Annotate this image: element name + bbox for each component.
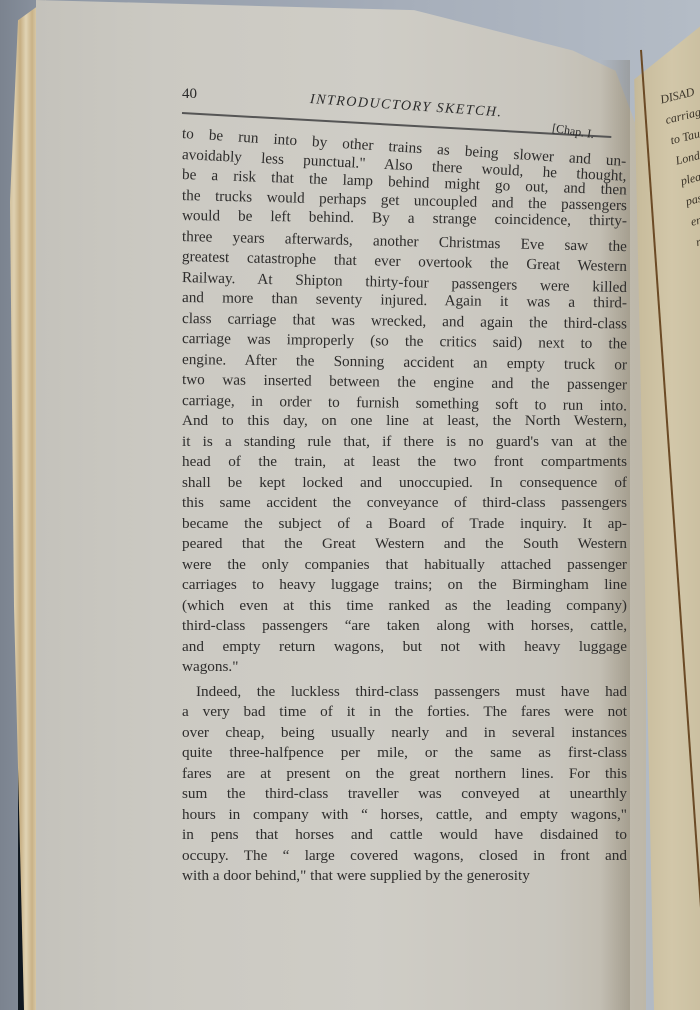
text-line: over cheap, being usually nearly and in …	[182, 723, 627, 744]
page-number: 40	[182, 86, 197, 103]
left-page-text: 40 INTRODUCTORY SKETCH. [Chap. I. to be …	[182, 86, 627, 887]
text-line: shall be kept locked and unoccupied. In …	[182, 473, 627, 494]
text-line: (which even at this time ranked as the l…	[182, 596, 627, 617]
text-line: hours in company with “ horses, cattle, …	[182, 805, 627, 826]
text-line: a very bad time of it in the forties. Th…	[182, 702, 627, 723]
text-line: and empty return wagons, but not with he…	[182, 637, 627, 658]
text-line: peared that the Great Western and the So…	[182, 534, 627, 555]
text-line: Indeed, the luckless third-class passeng…	[182, 682, 627, 703]
text-line: with a door behind," that were supplied …	[182, 866, 627, 887]
body-text: to be run into by other trains as being …	[182, 124, 627, 887]
text-line: were the only companies that habitually …	[182, 555, 627, 576]
text-line: third-class passengers “are taken along …	[182, 616, 627, 637]
text-line: this same accident the conveyance of thi…	[182, 493, 627, 514]
page-header: 40 INTRODUCTORY SKETCH. [Chap. I.	[182, 86, 627, 122]
text-line: carriages to heavy luggage trains; on th…	[182, 575, 627, 596]
text-line: in pens that horses and cattle would hav…	[182, 825, 627, 846]
text-line: occupy. The “ large covered wagons, clos…	[182, 846, 627, 867]
text-line: fares are at present on the great northe…	[182, 764, 627, 785]
text-line: sum the third-class traveller was convey…	[182, 784, 627, 805]
text-line: wagons."	[182, 657, 627, 678]
text-line: it is a standing rule that, if there is …	[182, 432, 627, 453]
running-head: INTRODUCTORY SKETCH.	[309, 92, 503, 121]
text-line: head of the train, at least the two fron…	[182, 452, 627, 473]
text-line: became the subject of a Board of Trade i…	[182, 514, 627, 535]
text-line: quite three-halfpence per mile, or the s…	[182, 743, 627, 764]
